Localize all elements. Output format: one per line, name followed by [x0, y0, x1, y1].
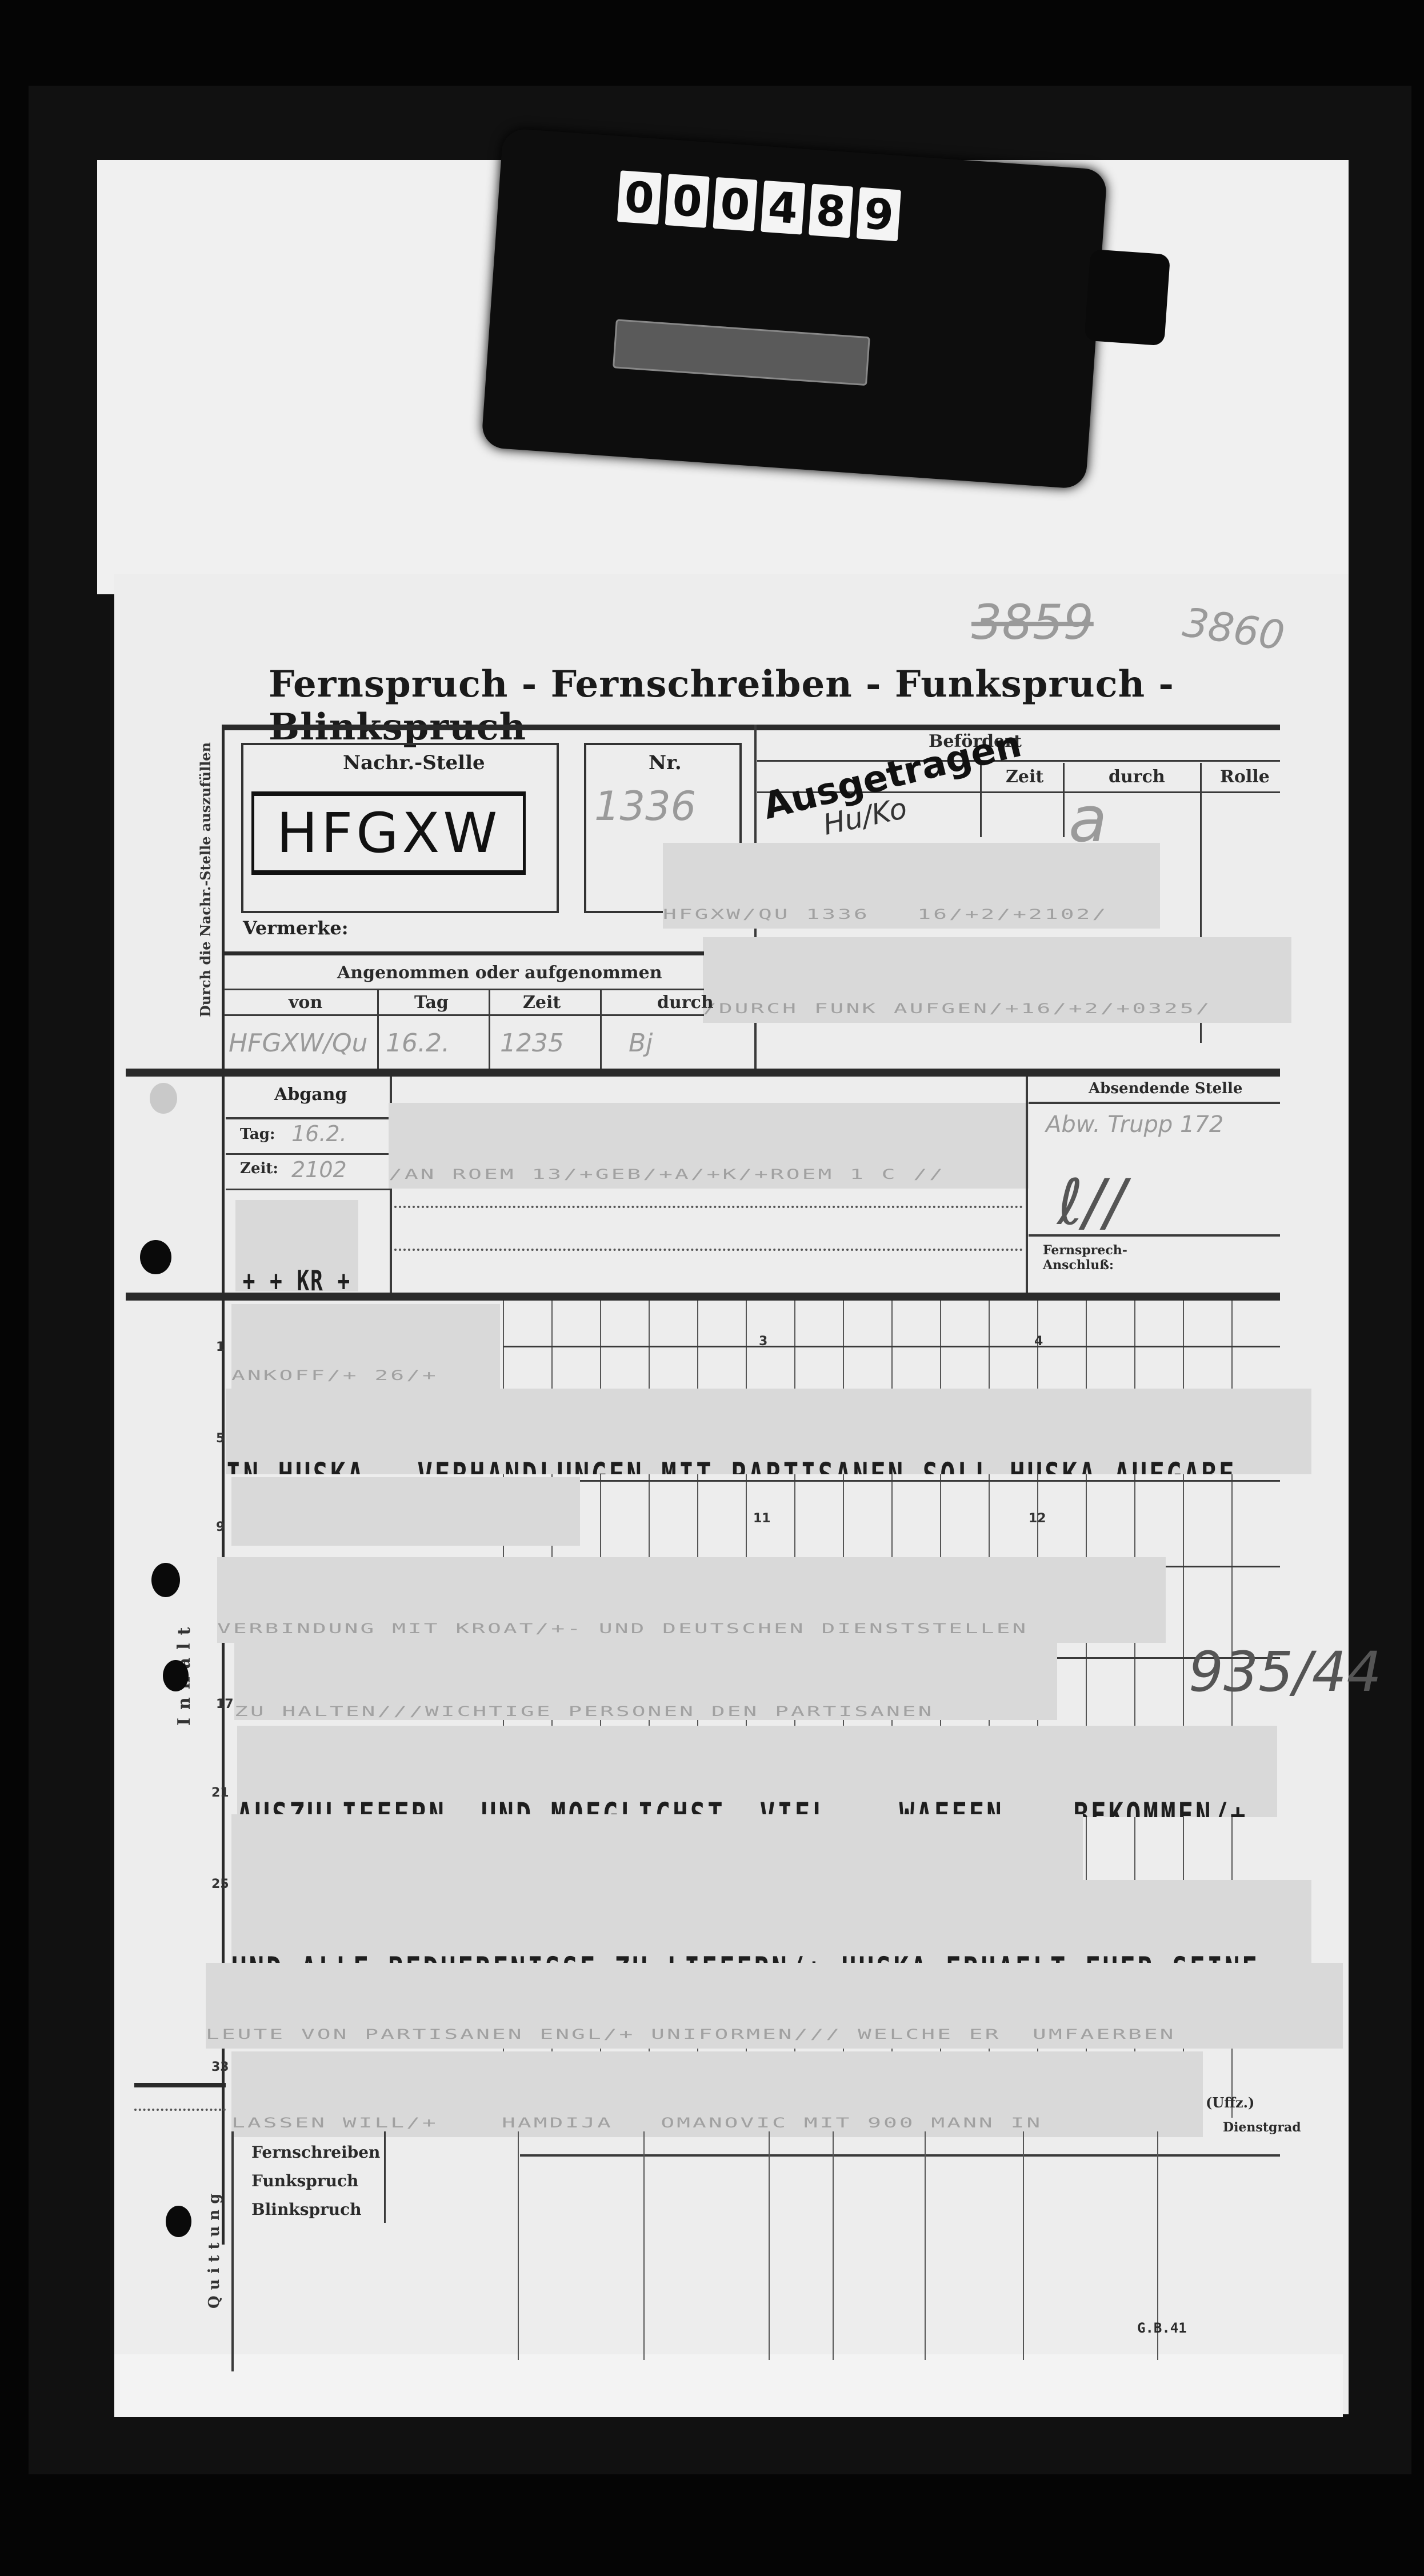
absender-rule [1029, 1102, 1280, 1104]
tape-ghost-line: ANKOFF/+ 26/+ [231, 1367, 500, 1383]
line-number: 5 [216, 1431, 225, 1446]
abgang-rule [226, 1117, 391, 1119]
line-number: 21 [211, 1786, 229, 1800]
quittung-col [769, 2131, 770, 2360]
counter-digits: 0 0 0 4 8 9 [617, 170, 901, 241]
punch-hole [166, 2206, 191, 2237]
dringlichkeit-tape: + + KR + + + KR + [235, 1200, 358, 1291]
handwritten-reference: 935/44 [1189, 1640, 1382, 1704]
nachr-stelle-label: Nachr.-Stelle [343, 751, 485, 774]
quittung-type-fernschreiben: Fernschreiben [251, 2143, 380, 2162]
form-bottom-margin [114, 2354, 1343, 2417]
col-divider [1063, 763, 1065, 837]
angenommen-tag-value: 16.2. [386, 1029, 450, 1058]
punch-hole [151, 1563, 180, 1597]
quittung-type-funkspruch: Funkspruch [251, 2171, 358, 2190]
nr-value: 1336 [594, 783, 696, 830]
abgang-zeit-value: 2102 [291, 1157, 347, 1182]
quittung-col [925, 2131, 926, 2360]
tape-strip-header-2: /DURCH FUNK AUFGEN/+16/+2/+0325/ /DURCH … [703, 937, 1291, 1023]
archive-number-struck: 3859 [971, 594, 1094, 650]
quittung-dotted [134, 2109, 226, 2111]
dringlichkeit-value: + + KR + [235, 1266, 358, 1291]
tape-line: ERTEILT SEIN/DOPP/ [231, 1545, 580, 1546]
counter-digit: 0 [713, 177, 757, 231]
line-number: 17 [216, 1697, 234, 1711]
angenommen-zeit-value: 1235 [500, 1029, 564, 1058]
quittung-rule [520, 2154, 1280, 2157]
form-code: G.B.41 [1137, 2320, 1187, 2336]
counter-nameplate [613, 319, 870, 386]
signature: ℓ// [1057, 1166, 1126, 1239]
befoerdert-col-durch: durch [1109, 767, 1165, 787]
tape-ghost-line: /DURCH FUNK AUFGEN/+16/+2/+0325/ [703, 1001, 1291, 1017]
tape-strip-body: UND ALLE BEDUERFNISSE ZU LIEFERN/+ HUSKA… [231, 1880, 1311, 1971]
tape-strip-body: AUSZULIEFERN UND MOEGLICHST VIEL WAFFEN … [237, 1726, 1277, 1817]
nachr-stelle-stamp: HFGXW [251, 791, 526, 875]
quittung-col [518, 2131, 519, 2360]
punch-hole [150, 1083, 177, 1114]
angenommen-rule [224, 951, 704, 955]
tape-ghost-line: /AN ROEM 13/+GEB/+A/+K/+ROEM 1 C // [389, 1166, 1029, 1182]
col-divider [377, 989, 379, 1071]
tape-strip-body: ZU HALTEN///WICHTIGE PERSONEN DEN PARTIS… [234, 1640, 1057, 1720]
frame-counter-device: 0 0 0 4 8 9 [481, 128, 1107, 490]
line-number: 11 [753, 1511, 771, 1526]
abgang-rule [226, 1189, 391, 1190]
address-dotted-line [394, 1206, 1023, 1208]
counter-digit: 0 [665, 174, 710, 228]
grid-row [503, 1346, 1280, 1347]
counter-digit: 4 [761, 181, 805, 235]
tape-ghost-line: ZU HALTEN///WICHTIGE PERSONEN DEN PARTIS… [234, 1703, 1057, 1719]
line-number: 1 [216, 1340, 225, 1354]
counter-digit: 0 [617, 170, 662, 225]
abgang-label: Abgang [274, 1085, 347, 1105]
angenommen-col-tag: Tag [414, 993, 449, 1013]
tape-strip-header-1: HFGXW/QU 1336 16/+2/+2102/ HFGXW/QU 1336… [663, 843, 1160, 929]
befoerdert-col-rolle: Rolle [1220, 767, 1270, 787]
grid-row [1154, 1566, 1280, 1567]
quittung-type-blinkspruch: Blinkspruch [251, 2200, 362, 2219]
tape-strip-body: LASSEN WILL/+ HAMDIJA OMANOVIC MIT 900 M… [231, 2051, 1203, 2137]
nr-label: Nr. [649, 751, 682, 774]
quittung-col [643, 2131, 645, 2360]
line-number: 9 [216, 1520, 225, 1534]
form-title: Fernspruch - Fernschreiben - Funkspruch … [269, 663, 1424, 749]
tape-strip-body: VERBINDUNG MIT KROAT/+- UND DEUTSCHEN DI… [217, 1557, 1166, 1643]
tape-ghost-line: LEUTE VON PARTISANEN ENGL/+ UNIFORMEN///… [206, 2026, 1343, 2042]
quittung-label: Quittung [206, 2188, 223, 2309]
angenommen-durch-value: Bj [629, 1029, 653, 1058]
tape-strip-body: LEUTE VON PARTISANEN ENGL/+ UNIFORMEN///… [206, 1963, 1343, 2049]
angenommen-col-von: von [289, 993, 322, 1013]
tape-strip-body: ANKOFF/+ 26/+ ANKOFF/+ 26/+ [231, 1304, 500, 1390]
quittung-col [1023, 2131, 1024, 2360]
tape-strip-body: ERTEILT SEIN/DOPP/ ERTEILT SEIN/DOPP/ [231, 1477, 580, 1546]
tape-line: IN HUSKA VERHANDLUNGEN MIT PARTISANEN SO… [226, 1456, 1311, 1474]
dienstgrad-label: Dienstgrad [1223, 2120, 1301, 2135]
angenommen-header-rule [224, 989, 704, 990]
abgang-rule [226, 1153, 391, 1155]
col-divider [489, 989, 490, 1071]
angenommen-col-zeit: Zeit [523, 993, 561, 1013]
angenommen-von-value: HFGXW/Qu [229, 1029, 367, 1058]
address-dotted-line [394, 1249, 1023, 1251]
absender-divider [1026, 1077, 1028, 1294]
angenommen-col-durch: durch [657, 993, 714, 1013]
abgang-zeit-label: Zeit: [240, 1160, 278, 1177]
counter-knob [1084, 249, 1170, 346]
punch-hole [163, 1660, 189, 1691]
fernsprech-label: Fernsprech-Anschluß: [1043, 1243, 1111, 1273]
title-rule [223, 725, 1280, 730]
befoerdert-col-zeit: Zeit [1006, 767, 1043, 787]
counter-digit: 8 [809, 184, 853, 238]
quittung-divider [384, 2131, 386, 2223]
counter-digit: 9 [857, 187, 901, 242]
line-number: 4 [1034, 1334, 1043, 1349]
grid-row [571, 1480, 1280, 1482]
tape-ghost-line: VERBINDUNG MIT KROAT/+- UND DEUTSCHEN DI… [217, 1621, 1166, 1637]
quittung-border [231, 2131, 234, 2371]
tape-ghost-line: LASSEN WILL/+ HAMDIJA OMANOVIC MIT 900 M… [231, 2115, 1203, 2131]
line-number: 33 [211, 2060, 229, 2074]
quittung-separator [134, 2083, 226, 2087]
tape-strip-address: /AN ROEM 13/+GEB/+A/+K/+ROEM 1 C // /AN … [389, 1103, 1029, 1189]
line-number: 25 [211, 1877, 229, 1891]
vermerke-label: Vermerke: [243, 917, 349, 939]
angenommen-label: Angenommen oder aufgenommen [337, 963, 662, 983]
abgang-tag-label: Tag: [240, 1126, 275, 1143]
quittung-col [833, 2131, 834, 2360]
punch-hole [140, 1240, 171, 1274]
abgang-tag-value: 16.2. [291, 1121, 347, 1146]
absendende-stelle-value: Abw. Trupp 172 [1046, 1111, 1223, 1138]
side-note: Durch die Nachr.-Stelle auszufüllen [197, 742, 214, 1017]
tape-strip-body: IN HUSKA VERHANDLUNGEN MIT PARTISANEN SO… [226, 1389, 1311, 1474]
col-divider [600, 989, 602, 1071]
line-number: 3 [759, 1334, 767, 1349]
tape-ghost-line: HFGXW/QU 1336 16/+2/+2102/ [663, 906, 1160, 922]
absender-rule [1029, 1234, 1280, 1237]
uffz-value: (Uffz.) [1206, 2094, 1254, 2111]
line-number: 12 [1029, 1511, 1046, 1526]
absendende-stelle-label: Absendende Stelle [1089, 1080, 1242, 1097]
inhalt-top-rule [126, 1293, 1280, 1301]
angenommen-cols-rule [224, 1014, 704, 1016]
tape-strip-body: PARTISANEN VERSPRECHEN HUSKA WAFFEN///MU… [231, 1814, 1083, 1889]
abgang-top-rule [126, 1069, 1280, 1077]
